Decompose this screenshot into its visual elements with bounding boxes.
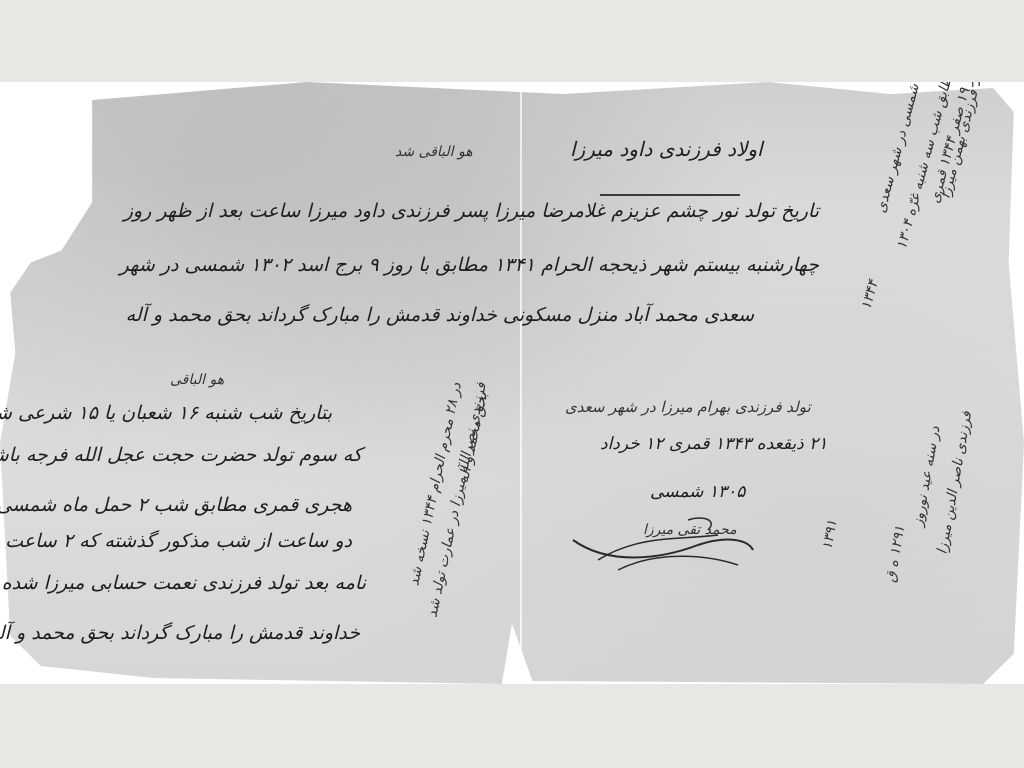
entry-2-line: خداوند قدمش را مبارک گرداند بحق محمد و آ… [60,622,360,644]
header-invocation: هو الباقی شد [395,144,473,160]
document-scan: اولاد فرزندی داود میرزا هو الباقی شد تار… [0,82,1024,684]
paper-fold [520,82,522,684]
entry-1-line: تاریخ تولد نور چشم عزیزم غلامرضا میرزا پ… [124,200,819,222]
entry-2-invocation: هو الباقی [170,372,224,388]
signature-name: محمد تقی میرزا [643,522,737,538]
entry-2-line: نامه بعد تولد فرزندی نعمت حسابی میرزا شد… [6,572,366,594]
entry-3-line: تولد فرزندی بهرام میرزا در شهر سعدی [565,398,811,416]
document-title: اولاد فرزندی داود میرزا [570,137,763,161]
entry-1-line: چهارشنبه بیستم شهر ذیحجه الحرام ۱۳۴۱ مطا… [120,254,819,276]
entry-1-line: سعدی محمد آباد منزل مسکونی خداوند قدمش ر… [126,304,754,326]
entry-3-line: ۲۱ ذیقعده ۱۳۴۳ قمری ۱۲ خرداد [600,434,827,454]
signature: محمد تقی میرزا [568,510,768,580]
entry-2-line: دو ساعت از شب مذکور گذشته که ۲ ساعت طلوع [12,530,352,552]
title-underline [600,194,740,196]
entry-3-line: ۱۳۰۵ شمسی [650,482,745,502]
entry-2-line: که سوم تولد حضرت حجت عجل الله فرجه باشد … [12,444,362,466]
entry-2-line: بتاریخ شب شنبه ۱۶ شعبان یا ۱۵ شرعی شهر م… [12,402,332,424]
entry-2-line: هجری قمری مطابق شب ۲ حمل ماه شمسی ۱۳۰۳ [12,494,352,516]
